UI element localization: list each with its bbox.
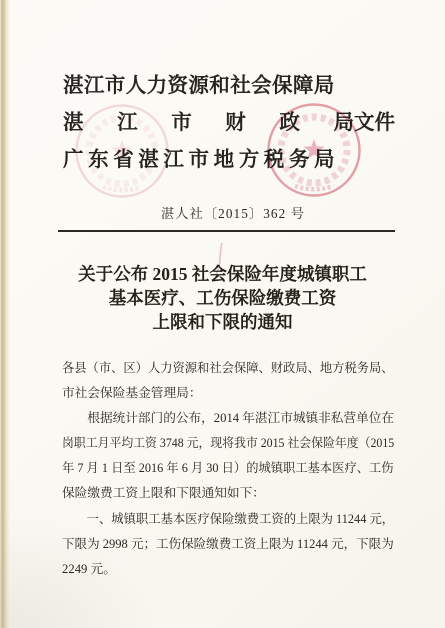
agency-char: 湛	[63, 113, 84, 134]
document-title: 关于公布 2015 社会保险年度城镇职工 基本医疗、工伤保险缴费工资 上限和下限…	[0, 262, 445, 335]
title-line: 关于公布 2015 社会保险年度城镇职工	[0, 262, 445, 286]
agency-char: 财	[225, 113, 246, 134]
agency-char: 市	[171, 113, 192, 134]
body-line: 2249 元。	[62, 557, 394, 582]
body-line: 根据统计部门的公布，2014 年湛江市城镇非私营单位在	[62, 406, 393, 431]
title-line: 上限和下限的通知	[0, 310, 445, 334]
body-line: 岗职工月平均工资 3748 元，现将我市 2015 社会保险年度（2015	[62, 431, 372, 456]
agency-char: 政	[279, 113, 300, 134]
agency-char: 江	[117, 113, 138, 134]
scanned-document-page: 湛江市人力资源和社会保障局 湛 江 市 财 政 局 文件 广东省湛江市地方税务局…	[0, 0, 445, 628]
body-line: 各县（市、区）人力资源和社会保障、财政局、地方税务局、	[62, 356, 383, 381]
agency-finance-spread: 湛 江 市 财 政 局	[63, 113, 354, 134]
body-line: 下限为 2998 元；工伤保险缴费工资上限为 11244 元，下限为	[62, 532, 390, 557]
body-line: 保险缴费工资上限和下限通知如下：	[62, 481, 394, 506]
document-number: 湛人社〔2015〕362 号	[161, 203, 305, 222]
body-line: 一、城镇职工基本医疗保险缴费工资的上限为 11244 元，	[62, 507, 384, 532]
agency-name-finance: 湛 江 市 财 政 局 文件	[63, 113, 395, 134]
document-word: 文件	[354, 113, 395, 134]
agency-name-local-tax: 广东省湛江市地方税务局	[63, 150, 339, 171]
document-body: 各县（市、区）人力资源和社会保障、财政局、地方税务局、 市社会保险基金管理局： …	[62, 356, 394, 582]
agency-name-hrss: 湛江市人力资源和社会保障局	[63, 76, 335, 97]
header-divider	[58, 230, 395, 232]
body-line: 市社会保险基金管理局：	[62, 381, 394, 406]
title-line: 基本医疗、工伤保险缴费工资	[0, 286, 445, 310]
body-line: 年 7 月 1 日至 2016 年 6 月 30 日）的城镇职工基本医疗、工伤	[62, 456, 383, 481]
agency-char: 局	[333, 113, 354, 134]
